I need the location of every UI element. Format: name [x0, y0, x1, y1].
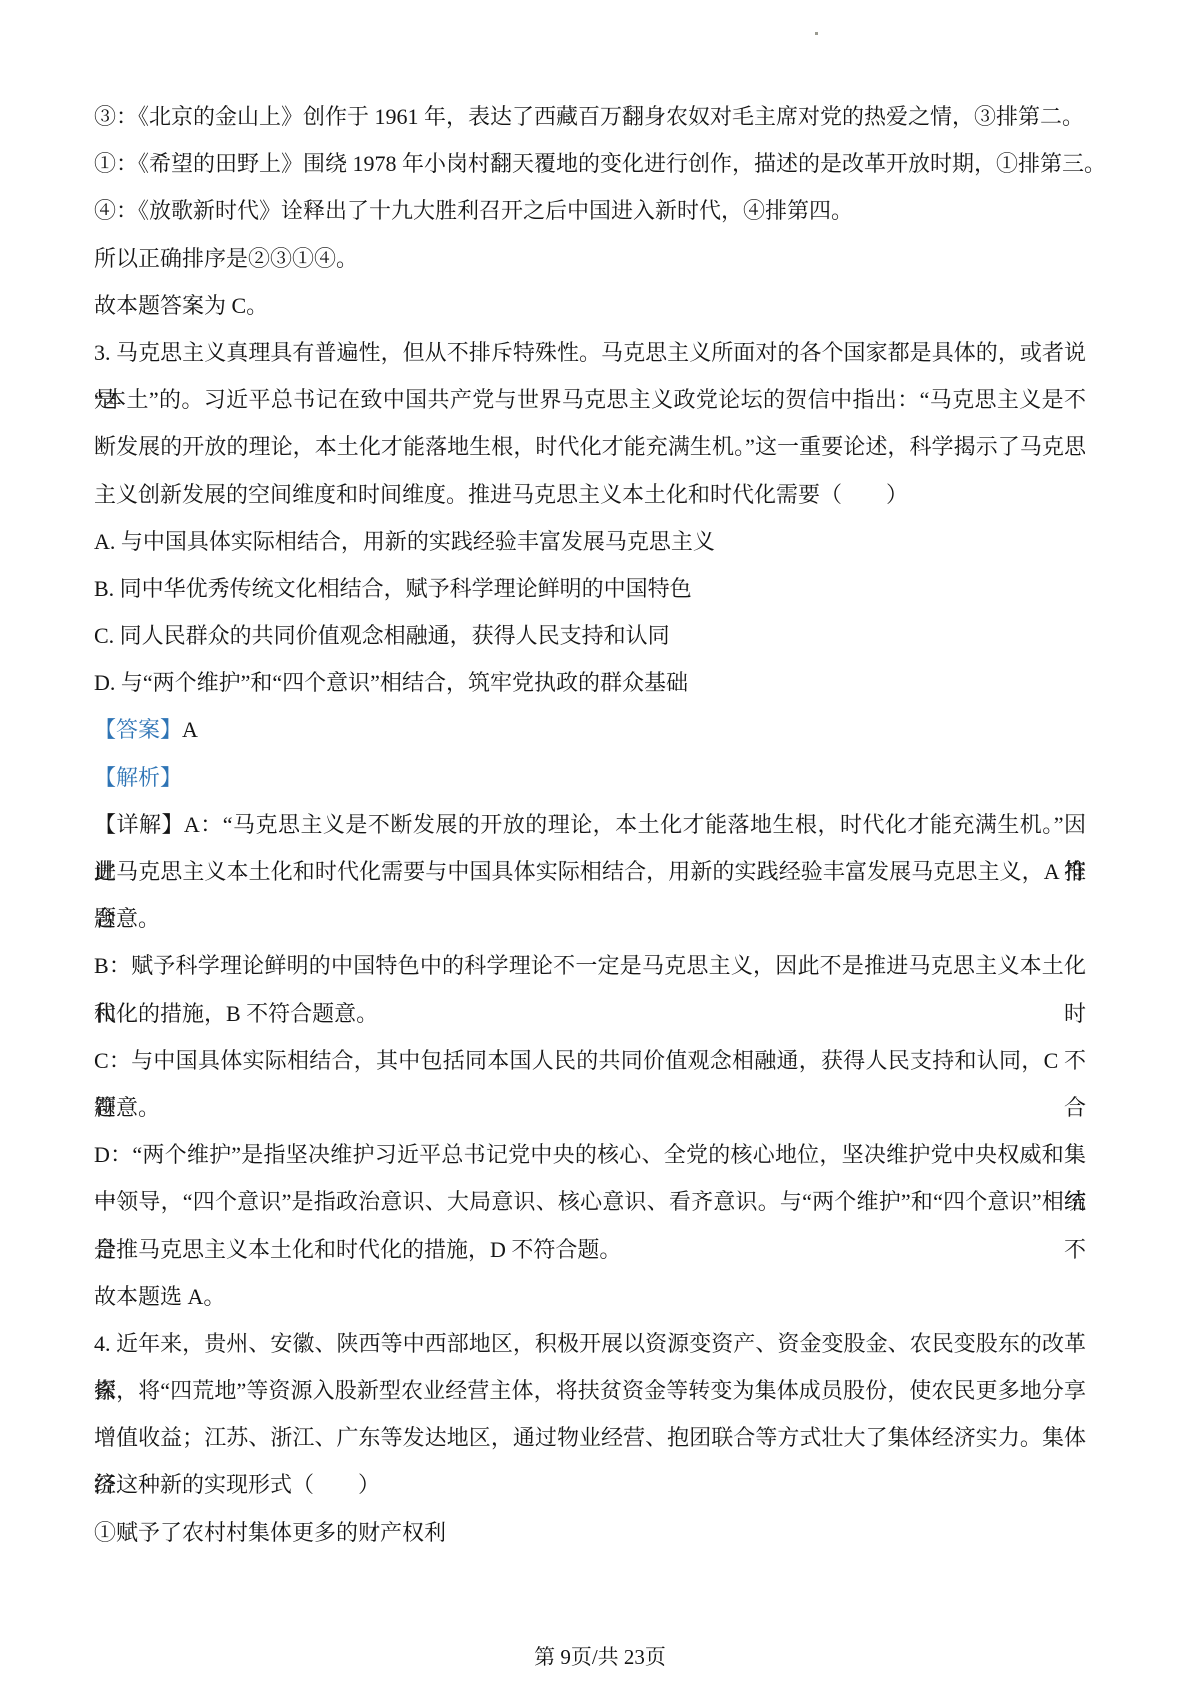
document-body: ③：《北京的金山上》创作于 1961 年，表达了西藏百万翻身农奴对毛主席对党的热… — [94, 93, 1086, 1556]
text-line: D. 与“两个维护”和“四个意识”相结合，筑牢党执政的群众基础 — [94, 659, 1086, 706]
text-line: 【解析】 — [94, 754, 1086, 801]
page-number-label: 第 9页/共 23页 — [534, 1645, 666, 1669]
text-run: 故本题答案为 C。 — [94, 293, 268, 318]
text-line: 所以正确排序是②③①④。 — [94, 235, 1086, 282]
text-line: 索，将“四荒地”等资源入股新型农业经营主体，将扶贫资金等转变为集体成员股份，使农… — [94, 1367, 1086, 1414]
text-line: 题意。 — [94, 895, 1086, 942]
text-line: 故本题选 A。 — [94, 1273, 1086, 1320]
text-run: B. 同中华优秀传统文化相结合，赋予科学理论鲜明的中国特色 — [94, 576, 692, 601]
text-line: 增值收益；江苏、浙江、广东等发达地区，通过物业经营、抱团联合等方式壮大了集体经济… — [94, 1414, 1086, 1461]
text-run: 主义创新发展的空间维度和时间维度。推进马克思主义本土化和时代化需要（ ） — [94, 482, 908, 507]
text-run: ①：《希望的田野上》围绕 1978 年小岗村翻天覆地的变化进行创作，描述的是改革… — [94, 151, 1106, 176]
text-run: C. 同人民群众的共同价值观念相融通，获得人民支持和认同 — [94, 623, 670, 648]
text-run: 代化的措施，B 不符合题意。 — [94, 1001, 378, 1026]
document-page: ③：《北京的金山上》创作于 1961 年，表达了西藏百万翻身农奴对毛主席对党的热… — [0, 0, 1200, 1698]
text-line: 故本题答案为 C。 — [94, 282, 1086, 329]
text-line: A. 与中国具体实际相结合，用新的实践经验丰富发展马克思主义 — [94, 518, 1086, 565]
text-line: “本土”的。习近平总书记在致中国共产党与世界马克思主义政党论坛的贺信中指出：“马… — [94, 376, 1086, 423]
text-run: “本土”的。习近平总书记在致中国共产党与世界马克思主义政党论坛的贺信中指出：“马… — [94, 387, 1086, 412]
text-line: C：与中国具体实际相结合，其中包括同本国人民的共同价值观念相融通，获得人民支持和… — [94, 1037, 1086, 1084]
analysis-marker: 【解析】 — [94, 765, 182, 790]
text-line: ④：《放歌新时代》诠释出了十九大胜利召开之后中国进入新时代，④排第四。 — [94, 187, 1086, 234]
text-run: C：与中国具体实际相结合，其中包括同本国人民的共同价值观念相融通，获得人民支持和… — [94, 1048, 1086, 1120]
text-run: ③：《北京的金山上》创作于 1961 年，表达了西藏百万翻身农奴对毛主席对党的热… — [94, 104, 1084, 129]
text-line: B：赋予科学理论鲜明的中国特色中的科学理论不一定是马克思主义，因此不是推进马克思… — [94, 942, 1086, 989]
text-run: 故本题选 A。 — [94, 1284, 225, 1309]
text-line: 一领导，“四个意识”是指政治意识、大局意识、核心意识、看齐意识。与“两个维护”和… — [94, 1178, 1086, 1225]
text-run: 索，将“四荒地”等资源入股新型农业经营主体，将扶贫资金等转变为集体成员股份，使农… — [94, 1378, 1086, 1403]
text-line: 济这种新的实现形式（ ） — [94, 1461, 1086, 1508]
text-run: 是推马克思主义本土化和时代化的措施，D 不符合题。 — [94, 1237, 621, 1262]
text-line: B. 同中华优秀传统文化相结合，赋予科学理论鲜明的中国特色 — [94, 565, 1086, 612]
text-run: D. 与“两个维护”和“四个意识”相结合，筑牢党执政的群众基础 — [94, 670, 688, 695]
text-line: C. 同人民群众的共同价值观念相融通，获得人民支持和认同 — [94, 612, 1086, 659]
text-line: 主义创新发展的空间维度和时间维度。推进马克思主义本土化和时代化需要（ ） — [94, 471, 1086, 518]
text-run: 所以正确排序是②③①④。 — [94, 246, 358, 271]
answer-marker: 【答案】 — [94, 717, 182, 742]
text-run: A. 与中国具体实际相结合，用新的实践经验丰富发展马克思主义 — [94, 529, 715, 554]
text-run: ①赋予了农村村集体更多的财产权利 — [94, 1520, 446, 1545]
text-line: 【答案】A — [94, 706, 1086, 753]
text-line: 断发展的开放的理论，本土化才能落地生根，时代化才能充满生机。”这一重要论述，科学… — [94, 423, 1086, 470]
text-line: 【详解】A：“马克思主义是不断发展的开放的理论，本土化才能落地生根，时代化才能充… — [94, 801, 1086, 848]
text-line: D：“两个维护”是指坚决维护习近平总书记党中央的核心、全党的核心地位，坚决维护党… — [94, 1131, 1086, 1178]
text-run: ④：《放歌新时代》诠释出了十九大胜利召开之后中国进入新时代，④排第四。 — [94, 198, 853, 223]
text-run: 济这种新的实现形式（ ） — [94, 1472, 380, 1497]
page-footer: 第 9页/共 23页 — [0, 1642, 1200, 1672]
text-line: 进马克思主义本土化和时代化需要与中国具体实际相结合，用新的实践经验丰富发展马克思… — [94, 848, 1086, 895]
text-line: ①赋予了农村村集体更多的财产权利 — [94, 1509, 1086, 1556]
text-line: 4. 近年来，贵州、安徽、陕西等中西部地区，积极开展以资源变资产、资金变股金、农… — [94, 1320, 1086, 1367]
text-run: 题意。 — [94, 1095, 160, 1120]
text-line: ①：《希望的田野上》围绕 1978 年小岗村翻天覆地的变化进行创作，描述的是改革… — [94, 140, 1086, 187]
text-line: 3. 马克思主义真理具有普遍性，但从不排斥特殊性。马克思主义所面对的各个国家都是… — [94, 329, 1086, 376]
scan-speck — [815, 32, 818, 35]
answer-value: A — [182, 717, 198, 742]
text-run: 断发展的开放的理论，本土化才能落地生根，时代化才能充满生机。”这一重要论述，科学… — [94, 434, 1086, 459]
text-run: 题意。 — [94, 906, 160, 931]
text-line: ③：《北京的金山上》创作于 1961 年，表达了西藏百万翻身农奴对毛主席对党的热… — [94, 93, 1086, 140]
